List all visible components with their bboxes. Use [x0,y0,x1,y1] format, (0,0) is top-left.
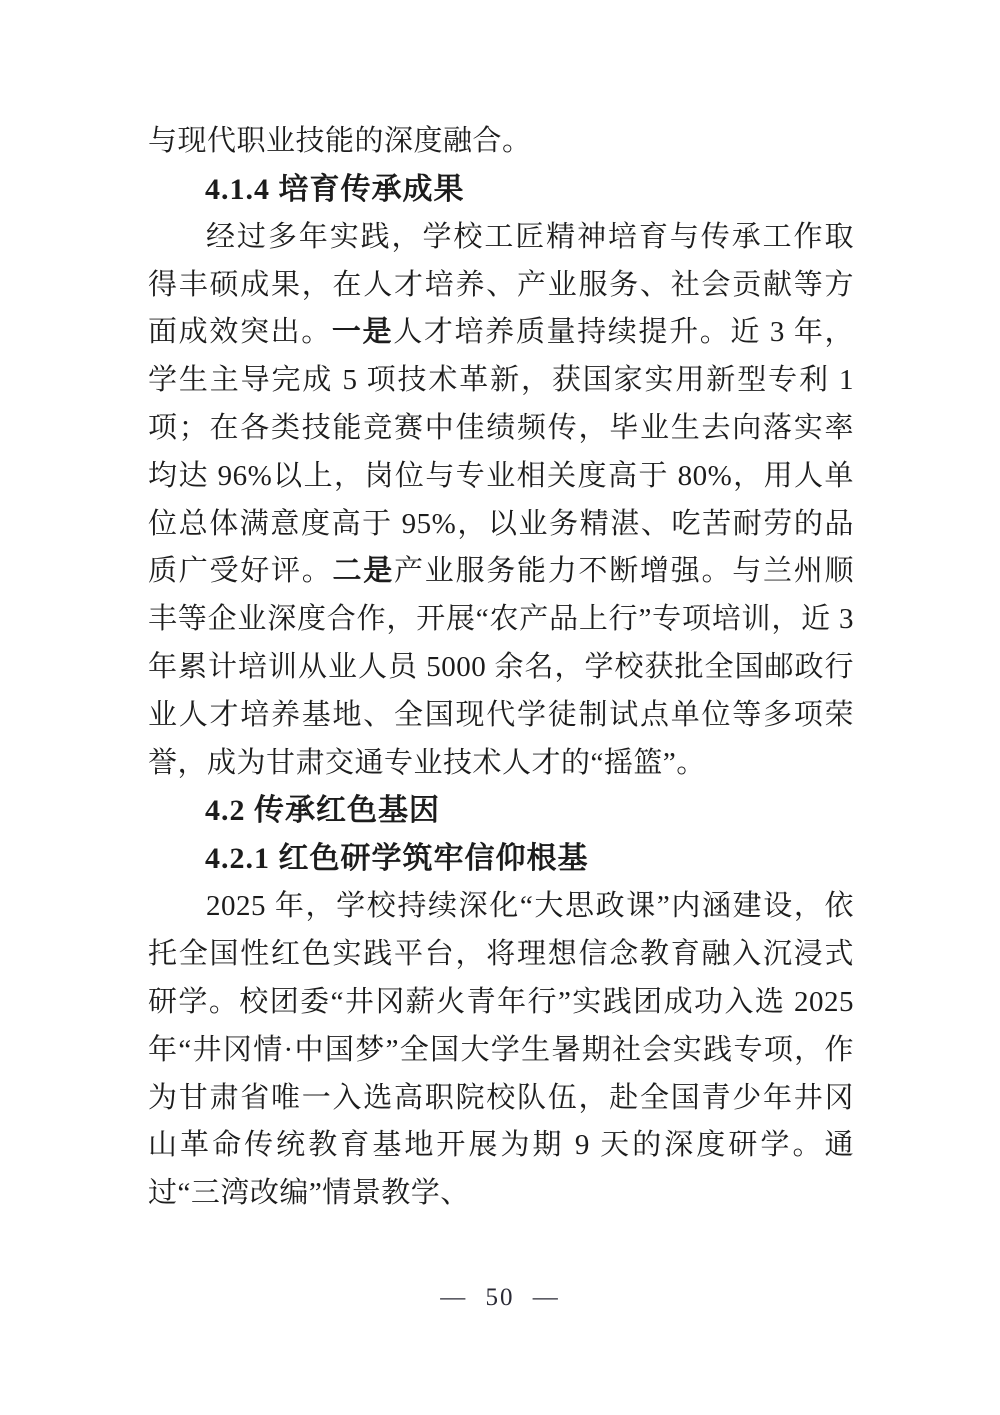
paragraph-continuation: 与现代职业技能的深度融合。 [148,118,854,166]
paragraph-achievements-seg3: 人才培养质量持续提升。近 3 年，学生主导完成 5 项技术革新，获国家实用新型专… [148,316,854,587]
section-heading-414: 4.1.4 培育传承成果 [148,166,854,214]
bold-marker-first: 一是 [332,316,393,348]
document-page: 与现代职业技能的深度融合。 4.1.4 培育传承成果 经过多年实践，学校工匠精神… [0,0,1000,1415]
section-heading-42: 4.2 传承红色基因 [148,787,854,835]
document-body: 与现代职业技能的深度融合。 4.1.4 培育传承成果 经过多年实践，学校工匠精神… [148,118,854,1218]
paragraph-achievements-seg5: 产业服务能力不断增强。与兰州顺丰等企业深度合作，开展“农产品上行”专项培训，近 … [148,555,854,778]
paragraph-red-study: 2025 年，学校持续深化“大思政课”内涵建设，依托全国性红色实践平台，将理想信… [148,883,854,1218]
section-heading-421: 4.2.1 红色研学筑牢信仰根基 [148,835,854,883]
page-number: — 50 — [440,1284,560,1311]
paragraph-achievements: 经过多年实践，学校工匠精神培育与传承工作取得丰硕成果，在人才培养、产业服务、社会… [148,214,854,788]
bold-marker-second: 二是 [333,555,395,587]
page-footer: — 50 — [0,1284,1000,1312]
